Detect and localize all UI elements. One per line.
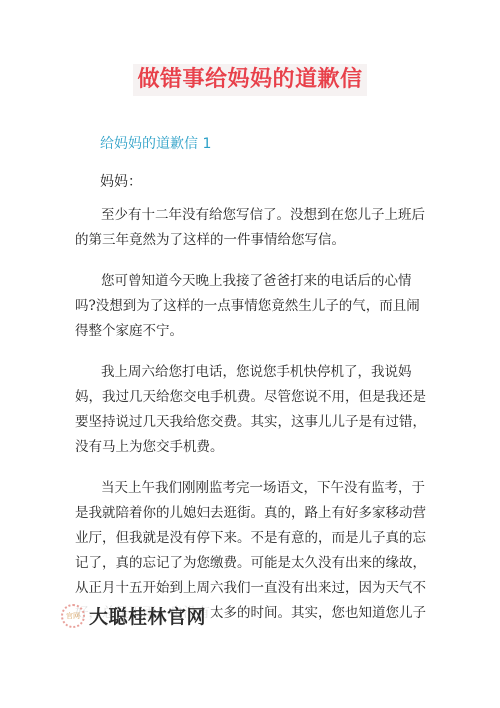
- paragraph-2: 您可曾知道今天晚上我接了爸爸打来的电话后的心情吗?没想到为了这样的一点事情您竟然…: [75, 269, 430, 344]
- watermark-text: 大聪桂林官网: [89, 602, 206, 629]
- paragraph-3: 我上周六给您打电话，您说您手机快停机了，我说妈妈，我过几天给您交电手机费。尽管您…: [75, 360, 430, 460]
- document-title: 做错事给妈妈的道歉信: [133, 64, 366, 96]
- document-page: 做错事给妈妈的道歉信 给妈妈的道歉信 1 妈妈： 至少有十二年没有给您写信了。没…: [0, 0, 500, 708]
- watermark: 官网 大聪桂林官网: [61, 600, 210, 631]
- seal-icon: 官网: [61, 604, 85, 628]
- letter-body: 至少有十二年没有给您写信了。没想到在您儿子上班后的第三年竟然为了这样的一件事情给…: [75, 203, 430, 642]
- paragraph-1: 至少有十二年没有给您写信了。没想到在您儿子上班后的第三年竟然为了这样的一件事情给…: [75, 203, 430, 253]
- salutation: 妈妈：: [100, 172, 142, 192]
- title-container: 做错事给妈妈的道歉信: [0, 64, 500, 96]
- section-heading: 给妈妈的道歉信 1: [100, 134, 211, 154]
